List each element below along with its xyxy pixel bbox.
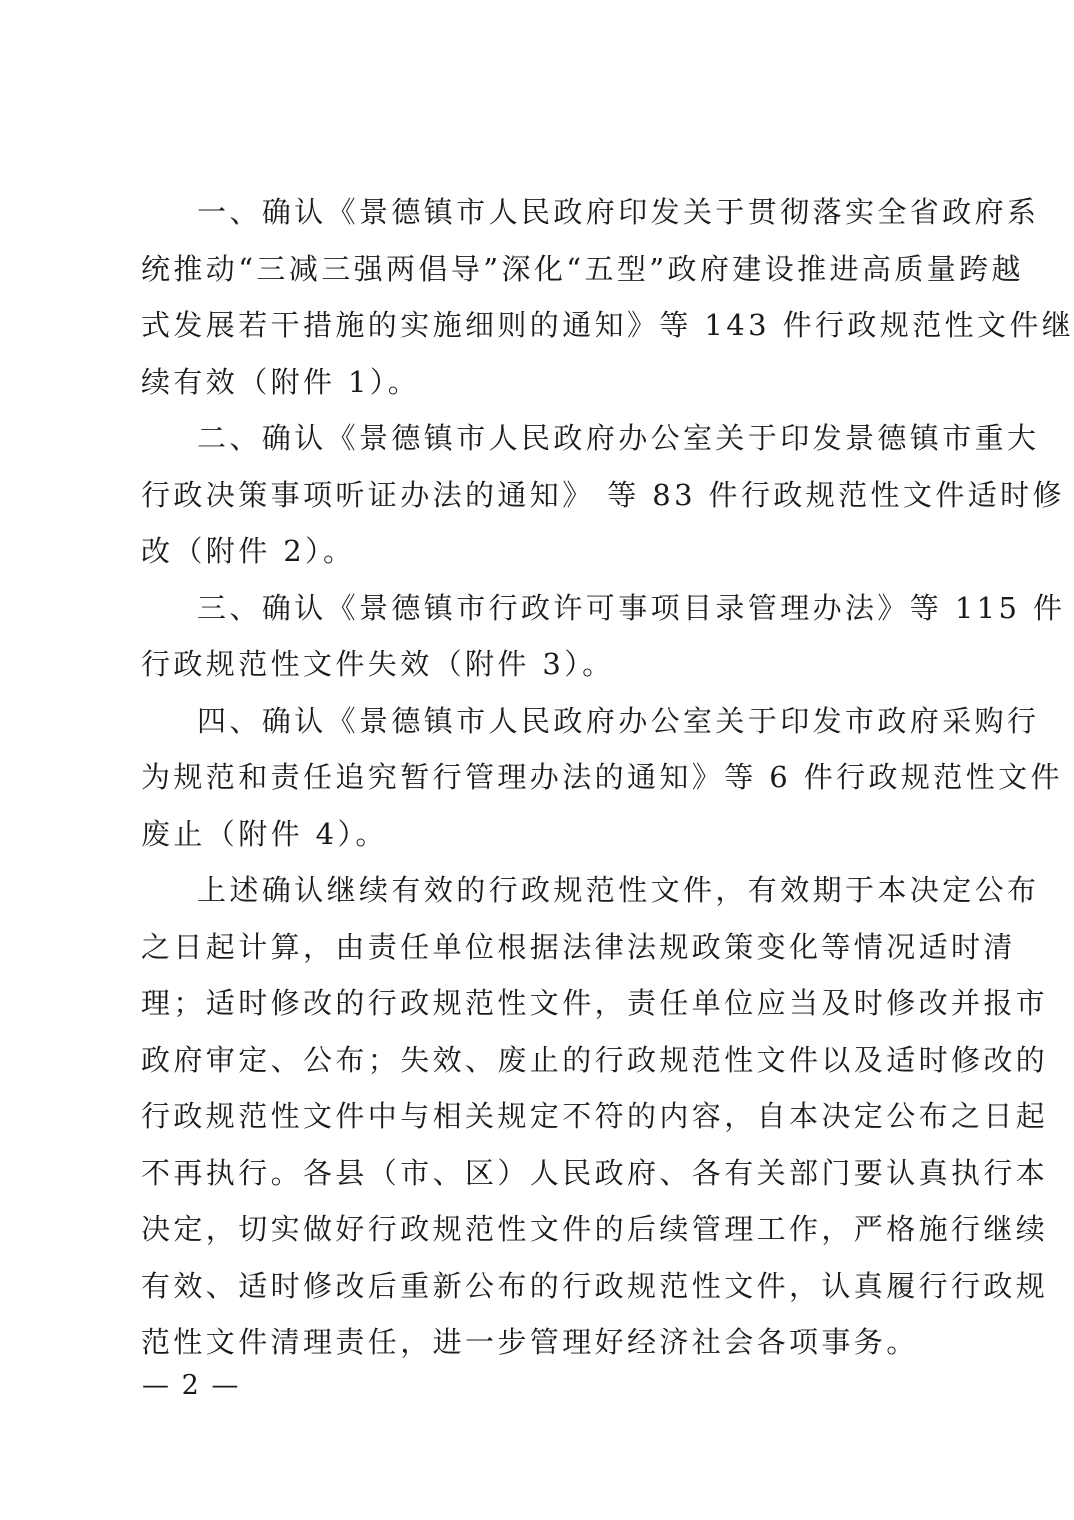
text-line: 为规范和责任追究暂行管理办法的通知》等 6 件行政规范性文件 <box>141 749 941 806</box>
paragraph-item-2: 二、确认《景德镇市人民政府办公室关于印发景德镇市重大 行政决策事项听证办法的通知… <box>141 410 941 580</box>
text-line: 续有效（附件 1）。 <box>141 354 941 411</box>
text-line: 一、确认《景德镇市人民政府印发关于贯彻落实全省政府系 <box>141 184 941 241</box>
text-line: 上述确认继续有效的行政规范性文件，有效期于本决定公布 <box>141 862 941 919</box>
text-line: 改（附件 2）。 <box>141 523 941 580</box>
text-line: 统推动“三减三强两倡导”深化“五型”政府建设推进高质量跨越 <box>141 241 941 298</box>
text-line: 行政决策事项听证办法的通知》 等 83 件行政规范性文件适时修 <box>141 467 941 524</box>
text-line: 式发展若干措施的实施细则的通知》等 143 件行政规范性文件继 <box>141 297 941 354</box>
text-line: 理；适时修改的行政规范性文件，责任单位应当及时修改并报市 <box>141 975 941 1032</box>
text-line: 范性文件清理责任，进一步管理好经济社会各项事务。 <box>141 1314 941 1371</box>
text-line: 有效、适时修改后重新公布的行政规范性文件，认真履行行政规 <box>141 1258 941 1315</box>
document-page: 一、确认《景德镇市人民政府印发关于贯彻落实全省政府系 统推动“三减三强两倡导”深… <box>0 0 1074 1520</box>
text-line: 行政规范性文件中与相关规定不符的内容，自本决定公布之日起 <box>141 1088 941 1145</box>
paragraph-item-4: 四、确认《景德镇市人民政府办公室关于印发市政府采购行 为规范和责任追究暂行管理办… <box>141 693 941 863</box>
text-line: 不再执行。各县（市、区）人民政府、各有关部门要认真执行本 <box>141 1145 941 1202</box>
paragraph-item-3: 三、确认《景德镇市行政许可事项目录管理办法》等 115 件 行政规范性文件失效（… <box>141 580 941 693</box>
page-number: — 2 — <box>142 1370 240 1401</box>
text-line: 三、确认《景德镇市行政许可事项目录管理办法》等 115 件 <box>141 580 941 637</box>
text-line: 决定，切实做好行政规范性文件的后续管理工作，严格施行继续 <box>141 1201 941 1258</box>
paragraph-closing: 上述确认继续有效的行政规范性文件，有效期于本决定公布 之日起计算，由责任单位根据… <box>141 862 941 1371</box>
text-line: 政府审定、公布；失效、废止的行政规范性文件以及适时修改的 <box>141 1032 941 1089</box>
text-line: 废止（附件 4）。 <box>141 806 941 863</box>
document-body: 一、确认《景德镇市人民政府印发关于贯彻落实全省政府系 统推动“三减三强两倡导”深… <box>141 184 941 1371</box>
paragraph-item-1: 一、确认《景德镇市人民政府印发关于贯彻落实全省政府系 统推动“三减三强两倡导”深… <box>141 184 941 410</box>
text-line: 之日起计算，由责任单位根据法律法规政策变化等情况适时清 <box>141 919 941 976</box>
text-line: 行政规范性文件失效（附件 3）。 <box>141 636 941 693</box>
text-line: 二、确认《景德镇市人民政府办公室关于印发景德镇市重大 <box>141 410 941 467</box>
text-line: 四、确认《景德镇市人民政府办公室关于印发市政府采购行 <box>141 693 941 750</box>
